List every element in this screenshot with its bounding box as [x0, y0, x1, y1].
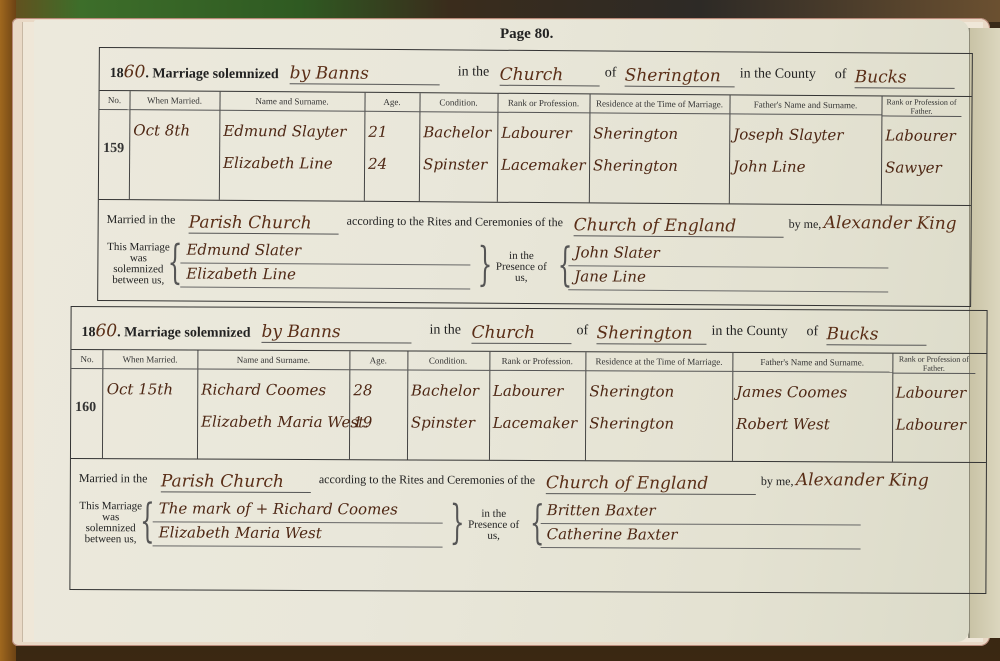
column-header-frank: Rank or Profession of Father.: [892, 354, 976, 374]
parish: Sherington: [596, 323, 706, 344]
column-header-no: No.: [99, 91, 129, 110]
column-header-father: Father's Name and Surname.: [732, 353, 892, 373]
cell-age-groom: 21: [368, 123, 417, 141]
cell-no: 159: [103, 141, 127, 157]
label-in-the: in the: [458, 64, 490, 80]
label-in-the: in the: [429, 323, 461, 339]
solemnized-by: by Banns: [261, 322, 411, 344]
building: Church: [471, 323, 571, 344]
signatures-block: This Marriage was solemnized between us,…: [98, 238, 970, 304]
witness-signature-1: Britten Baxter: [547, 501, 656, 519]
cell-res-bride: Sherington: [589, 414, 730, 433]
cell-rank-groom: Labourer: [501, 124, 587, 143]
rites-of: Church of England: [574, 215, 784, 237]
column-when: When Married.Oct 15th: [102, 350, 198, 458]
witness-signature-2: Jane Line: [574, 267, 646, 285]
column-res: Residence at the Time of Marriage.Sherin…: [589, 94, 731, 203]
brace-right: }: [450, 495, 465, 549]
cell-father-bride: Robert West: [736, 415, 890, 434]
marriage-entry-160: 1860. Marriage solemnized by Banns in th…: [69, 306, 987, 594]
signatures-block: This Marriage was solemnized between us,…: [71, 497, 986, 561]
column-no: No.160: [71, 350, 104, 458]
entry-table: No.159When Married.Oct 8thName and Surna…: [99, 90, 972, 206]
entry-table: No.160When Married.Oct 15thName and Surn…: [71, 349, 986, 463]
witness-signature-2: Catherine Baxter: [547, 525, 678, 544]
column-frank: Rank or Profession of Father.LabourerLab…: [891, 354, 975, 462]
column-no: No.159: [99, 91, 131, 199]
column-header-cond: Condition.: [419, 93, 497, 113]
cell-res-bride: Sherington: [593, 156, 727, 175]
label-of: of: [605, 65, 617, 81]
witness-signature-1: John Slater: [574, 243, 659, 262]
cell-when: Oct 8th: [133, 121, 217, 140]
column-rank: Rank or Profession.LabourerLacemaker: [489, 352, 587, 460]
column-header-father: Father's Name and Surname.: [729, 95, 881, 115]
cell-res-groom: Sherington: [593, 124, 727, 143]
cell-rank-bride: Lacemaker: [493, 414, 584, 432]
cell-name-groom: Edmund Slayter: [223, 122, 362, 141]
cell-father-groom: Joseph Slayter: [733, 125, 879, 144]
column-header-name: Name and Surname.: [197, 351, 349, 371]
officiant-signature: Alexander King: [796, 470, 936, 491]
couple-signature-1: Edmund Slater: [186, 241, 301, 260]
column-cond: Condition.BachelorSpinster: [407, 351, 490, 459]
label-county: in the County: [711, 324, 787, 340]
year: 1860. Marriage solemnized: [81, 321, 250, 342]
cell-age-bride: 24: [368, 155, 417, 173]
label-rites: according to the Rites and Ceremonies of…: [347, 214, 563, 231]
column-header-when: When Married.: [129, 91, 219, 111]
couple-signature-1: The mark of + Richard Coomes: [159, 499, 398, 518]
witness-line-2: Catherine Baxter: [541, 525, 861, 549]
column-name: Name and Surname.Edmund SlayterElizabeth…: [219, 92, 366, 201]
cell-frank-bride: Labourer: [896, 416, 974, 434]
label-presence: in the Presence of us,: [467, 509, 521, 542]
column-res: Residence at the Time of Marriage.Sherin…: [585, 352, 733, 461]
parish: Sherington: [625, 66, 735, 88]
witness-line-2: Jane Line: [568, 267, 888, 292]
label-married-in: Married in the: [107, 212, 176, 227]
column-header-no: No.: [71, 350, 103, 369]
column-rank: Rank or Profession.LabourerLacemaker: [497, 94, 591, 203]
officiant-signature: Alexander King: [824, 213, 964, 234]
column-header-rank: Rank or Profession.: [489, 352, 586, 371]
signature-line-2: Elizabeth Maria West: [153, 523, 443, 547]
cell-frank-bride: Sawyer: [885, 158, 959, 177]
entry-header: 1860. Marriage solemnized by Banns in th…: [71, 307, 986, 355]
married-in: Parish Church: [161, 471, 311, 493]
cell-father-groom: James Coomes: [736, 383, 890, 402]
cell-name-bride: Elizabeth Maria West.: [201, 413, 347, 432]
cell-res-groom: Sherington: [589, 382, 730, 401]
solemnized-by: by Banns: [290, 63, 440, 85]
rites-of: Church of England: [546, 473, 756, 495]
label-of-county: of: [806, 324, 818, 340]
column-header-name: Name and Surname.: [219, 92, 364, 112]
brace-right: }: [478, 237, 493, 291]
label-presence: in the Presence of us,: [494, 251, 548, 284]
married-in-line: Married in the Parish Church according t…: [99, 200, 971, 244]
witness-line-1: John Slater: [568, 243, 888, 268]
couple-signature-2: Elizabeth Maria West: [159, 523, 322, 542]
column-father: Father's Name and Surname.Joseph Slayter…: [729, 95, 883, 204]
column-header-age: Age.: [364, 93, 419, 112]
column-when: When Married.Oct 8th: [129, 91, 221, 200]
building: Church: [500, 65, 600, 87]
cell-father-bride: John Line: [733, 157, 879, 176]
column-header-cond: Condition.: [407, 351, 489, 370]
cell-name-bride: Elizabeth Line: [223, 154, 362, 173]
column-frank: Rank or Profession of Father.LabourerSaw…: [881, 96, 962, 205]
couple-signature-2: Elizabeth Line: [186, 265, 296, 284]
label-this-marriage: This Marriage was solemnized between us,: [106, 242, 170, 286]
cell-name-groom: Richard Coomes: [201, 381, 347, 400]
cell-cond-groom: Bachelor: [423, 123, 495, 142]
column-header-frank: Rank or Profession of Father.: [881, 96, 961, 117]
cell-age-bride: 19: [353, 413, 405, 431]
column-age: Age.2819: [349, 351, 408, 459]
label-by-me: by me,: [761, 474, 794, 489]
column-cond: Condition.BachelorSpinster: [419, 93, 499, 202]
label-of-county: of: [835, 67, 847, 83]
label-married-in: Married in the: [79, 471, 148, 486]
cell-when: Oct 15th: [107, 380, 196, 398]
cell-cond-bride: Spinster: [423, 155, 495, 174]
signature-line-1: The mark of + Richard Coomes: [153, 499, 443, 523]
signature-line-1: Edmund Slater: [180, 241, 470, 266]
county: Bucks: [855, 67, 955, 89]
label-county: in the County: [740, 66, 816, 83]
cell-rank-groom: Labourer: [493, 382, 584, 400]
year: 1860. Marriage solemnized: [110, 62, 279, 83]
cell-no: 160: [75, 400, 101, 416]
label-by-me: by me,: [789, 217, 822, 232]
cell-frank-groom: Labourer: [885, 126, 959, 145]
column-age: Age.2124: [364, 93, 421, 201]
page-number: Page 80.: [500, 26, 553, 43]
married-in: Parish Church: [189, 213, 339, 235]
cell-rank-bride: Lacemaker: [501, 156, 587, 175]
signature-line-2: Elizabeth Line: [180, 265, 470, 290]
cell-cond-bride: Spinster: [411, 413, 487, 431]
column-header-when: When Married.: [103, 350, 198, 369]
married-in-line: Married in the Parish Church according t…: [71, 459, 986, 501]
cell-frank-groom: Labourer: [896, 384, 974, 402]
cell-age-groom: 28: [353, 381, 405, 399]
label-this-marriage: This Marriage was solemnized between us,: [79, 501, 143, 545]
label-rites: according to the Rites and Ceremonies of…: [319, 472, 535, 488]
column-header-res: Residence at the Time of Marriage.: [589, 94, 729, 114]
column-father: Father's Name and Surname.James CoomesRo…: [732, 353, 893, 462]
column-header-res: Residence at the Time of Marriage.: [586, 352, 733, 372]
county: Bucks: [826, 324, 926, 345]
column-header-age: Age.: [349, 351, 407, 370]
label-of: of: [576, 323, 588, 339]
cell-cond-groom: Bachelor: [411, 381, 487, 399]
witness-line-1: Britten Baxter: [541, 501, 861, 525]
marriage-entry-159: 1860. Marriage solemnized by Banns in th…: [97, 47, 973, 307]
column-header-rank: Rank or Profession.: [497, 94, 589, 114]
column-name: Name and Surname.Richard CoomesElizabeth…: [197, 351, 351, 460]
